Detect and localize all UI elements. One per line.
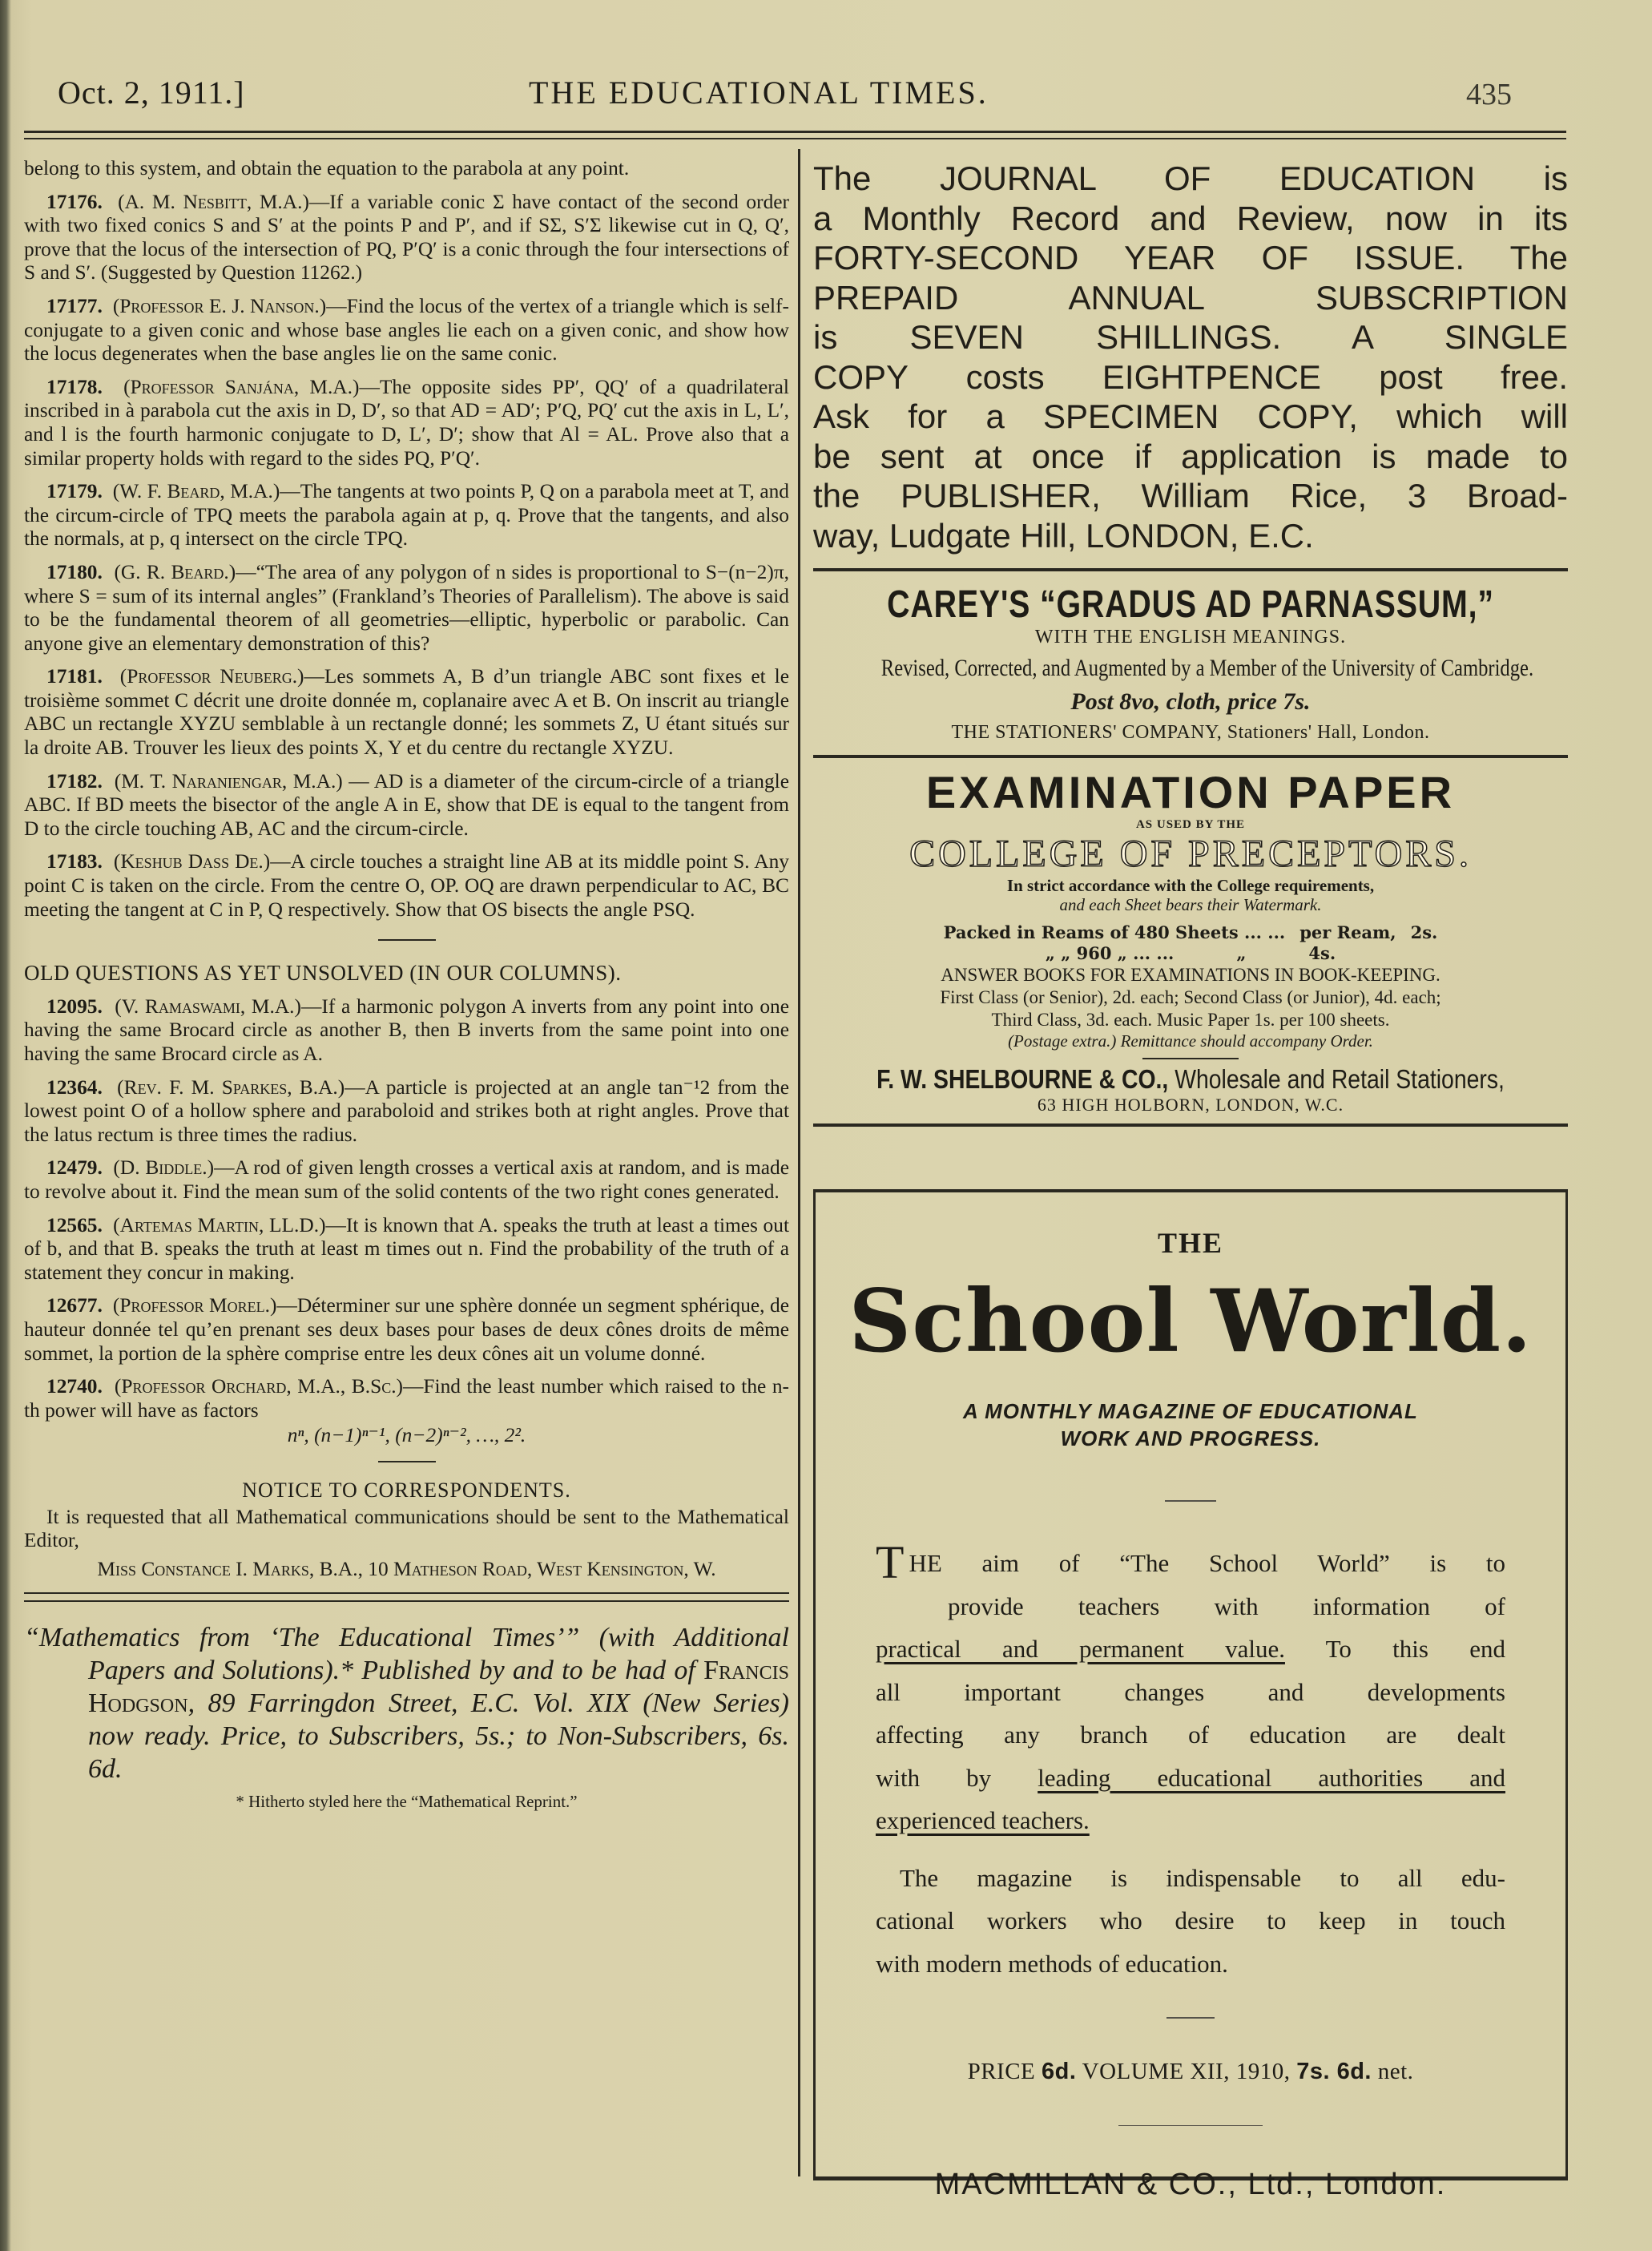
short-divider xyxy=(1118,2125,1263,2126)
ad-title: School World. xyxy=(816,1271,1565,1372)
question-number: 17181. xyxy=(46,665,103,688)
stationer-name: F. W. SHELBOURNE & CO., Wholesale and Re… xyxy=(866,1064,1515,1095)
price-value: 7s. 6d. xyxy=(1296,2059,1372,2084)
ad-separator xyxy=(813,1123,1568,1127)
mathematics-reprint-ad: “Mathematics from ‘The Educational Times… xyxy=(24,1621,789,1785)
question-item: 12677. (Professor Morel.)—Déterminer sur… xyxy=(24,1294,789,1366)
ad-description: Revised, Corrected, and Augmented by a M… xyxy=(881,655,1500,682)
question-author: (W. F. Beard, M.A.) xyxy=(113,480,280,502)
question-author: (V. Ramaswami, M.A.) xyxy=(115,995,301,1018)
body-line: cational workers who desire to keep in t… xyxy=(876,1899,1505,1942)
question-item: 12364. (Rev. F. M. Sparkes, B.A.)—A part… xyxy=(24,1076,789,1148)
question-author: (Professor Neuberg.) xyxy=(120,665,304,688)
mathematics-column: belong to this system, and obtain the eq… xyxy=(24,157,789,1814)
carey-gradus-ad: CAREY'S “GRADUS AD PARNASSUM,” WITH THE … xyxy=(813,583,1568,744)
ad-subtitle: AS USED BY THE xyxy=(813,818,1568,832)
question-item: 17180. (G. R. Beard.)—“The area of any p… xyxy=(24,561,789,656)
price-row: „ „ 960 „ ... ...„4s. xyxy=(813,943,1568,964)
section-divider xyxy=(378,1461,436,1462)
body-line: all important changes and developments xyxy=(876,1671,1505,1714)
ad-line: a Monthly Record and Review, now in its xyxy=(813,199,1568,239)
question-author: (Professor Sanjána, M.A.) xyxy=(123,376,359,398)
ad-the: THE xyxy=(816,1226,1565,1260)
ad-publisher: MACMILLAN & CO., Ltd., London. xyxy=(816,2168,1565,2202)
body-text: provide teachers with information of xyxy=(948,1592,1505,1620)
question-number: 12364. xyxy=(46,1076,103,1099)
ad-line: Ask for a SPECIMEN COPY, which will xyxy=(813,397,1568,437)
ad-line: COPY costs EIGHTPENCE post free. xyxy=(813,357,1568,397)
question-number: 12095. xyxy=(46,995,103,1018)
ad-description: THE aim of “The School World” is to prov… xyxy=(876,1542,1505,1985)
question-author: (Professor E. J. Nanson.) xyxy=(113,295,326,317)
body-line: The magazine is indispensable to all edu… xyxy=(876,1857,1505,1900)
price-unit: per Ream, xyxy=(1299,922,1396,943)
question-number: 12677. xyxy=(46,1294,103,1317)
ad-text: “Mathematics from ‘The Educational Times… xyxy=(24,1623,789,1685)
question-item: 17181. (Professor Neuberg.)—Les sommets … xyxy=(24,665,789,760)
answer-books-heading: ANSWER BOOKS FOR EXAMINATIONS IN BOOK-KE… xyxy=(813,964,1568,986)
price-unit: „ xyxy=(1236,943,1246,964)
price-value: 4s. xyxy=(1308,943,1336,964)
body-line: with by leading educational authorities … xyxy=(876,1757,1505,1800)
question-item: 12479. (D. Biddle.)—A rod of given lengt… xyxy=(24,1156,789,1204)
old-questions-heading: OLD QUESTIONS AS YET UNSOLVED (IN OUR CO… xyxy=(24,962,789,986)
question-number: 12479. xyxy=(46,1156,103,1179)
price-value: 6d. xyxy=(1042,2059,1076,2084)
journal-of-education-ad: The JOURNAL OF EDUCATION is a Monthly Re… xyxy=(813,159,1568,555)
question-number: 17179. xyxy=(46,480,103,502)
ad-subtitle: WITH THE ENGLISH MEANINGS. xyxy=(813,627,1568,648)
question-author: (Professor Orchard, M.A., B.Sc.) xyxy=(115,1375,403,1398)
advertisements-column: The JOURNAL OF EDUCATION is a Monthly Re… xyxy=(813,157,1568,1127)
body-text: HE aim of “The School World” is to xyxy=(909,1549,1505,1577)
notice-heading: NOTICE TO CORRESPONDENTS. xyxy=(24,1478,789,1503)
ad-title: EXAMINATION PAPER xyxy=(813,766,1568,818)
stationer-address: 63 HIGH HOLBORN, LONDON, W.C. xyxy=(813,1095,1568,1115)
publication-title: THE EDUCATIONAL TIMES. xyxy=(529,74,989,111)
ad-line: PREPAID ANNUAL SUBSCRIPTION xyxy=(813,278,1568,318)
ad-text: , 89 Farringdon Street, E.C. Vol. XIX (N… xyxy=(88,1688,789,1784)
examination-paper-ad: EXAMINATION PAPER AS USED BY THE COLLEGE… xyxy=(813,766,1568,1115)
question-item: 17182. (M. T. Naraniengar, M.A.) — AD is… xyxy=(24,770,789,841)
underlined-text: leading educational authorities and xyxy=(1038,1764,1505,1792)
question-author: (G. R. Beard.) xyxy=(114,561,236,583)
price-row: Packed in Reams of 480 Sheets ... ...per… xyxy=(813,922,1568,943)
ad-description: In strict accordance with the College re… xyxy=(813,876,1568,914)
question-item: 17178. (Professor Sanjána, M.A.)—The opp… xyxy=(24,376,789,470)
header-rule-top xyxy=(24,131,1566,133)
price-label: „ „ 960 „ ... ... xyxy=(1046,943,1175,964)
page-number: 435 xyxy=(1466,77,1512,112)
question-number: 17178. xyxy=(46,376,103,398)
ad-separator xyxy=(813,568,1568,571)
page-date: Oct. 2, 1911.] xyxy=(58,74,245,111)
question-number: 17176. xyxy=(46,191,103,213)
price-text: net. xyxy=(1372,2059,1413,2084)
body-line: experienced teachers. xyxy=(876,1799,1505,1842)
body-text: To this end xyxy=(1285,1635,1505,1663)
old-question-list: 12095. (V. Ramaswami, M.A.)—If a harmoni… xyxy=(24,995,789,1423)
price-value: 2s. xyxy=(1411,922,1438,943)
body-line: provide teachers with information of xyxy=(876,1585,1505,1628)
ad-separator xyxy=(813,755,1568,758)
body-line: THE aim of “The School World” is to xyxy=(876,1542,1505,1585)
question-number: 12740. xyxy=(46,1375,103,1398)
body-line: with modern methods of education. xyxy=(876,1942,1505,1986)
notice-text: It is requested that all Mathematical co… xyxy=(24,1506,789,1553)
question-number: 17180. xyxy=(46,561,103,583)
question-number: 17182. xyxy=(46,770,103,793)
short-divider xyxy=(1142,1058,1239,1059)
ad-line: is SEVEN SHILLINGS. A SINGLE xyxy=(813,317,1568,357)
ad-subtitle: A MONTHLY MAGAZINE OF EDUCATIONALWORK AN… xyxy=(816,1398,1565,1452)
ad-publisher: THE STATIONERS' COMPANY, Stationers' Hal… xyxy=(813,722,1568,744)
question-author: (Artemas Martin, LL.D.) xyxy=(113,1214,325,1236)
ad-text: In strict accordance with the College re… xyxy=(1007,876,1374,895)
question-number: 12565. xyxy=(46,1214,103,1236)
underlined-text: experienced teachers. xyxy=(876,1806,1090,1834)
short-divider xyxy=(1166,2017,1215,2019)
header-rule-bottom xyxy=(24,138,1566,139)
question-item: 17177. (Professor E. J. Nanson.)—Find th… xyxy=(24,295,789,366)
notice-address: Miss Constance I. Marks, B.A., 10 Mathes… xyxy=(24,1558,789,1582)
subtitle-line: A MONTHLY MAGAZINE OF EDUCATIONAL xyxy=(963,1399,1418,1423)
section-divider xyxy=(378,939,436,941)
body-line: affecting any branch of education are de… xyxy=(876,1713,1505,1757)
price-text: PRICE xyxy=(968,2059,1042,2084)
underlined-text: practical and permanent value. xyxy=(876,1635,1285,1663)
drop-cap: T xyxy=(876,1547,904,1579)
question-author: (D. Biddle.) xyxy=(113,1156,214,1179)
continuation-text: belong to this system, and obtain the eq… xyxy=(24,157,789,181)
ad-line: The JOURNAL OF EDUCATION is xyxy=(813,159,1568,199)
footnote: * Hitherto styled here the “Mathematical… xyxy=(24,1790,789,1814)
ad-line: way, Ludgate Hill, LONDON, E.C. xyxy=(813,516,1568,556)
ad-line: the PUBLISHER, William Rice, 3 Broad- xyxy=(813,476,1568,516)
stationer-description: Wholesale and Retail Stationers, xyxy=(1168,1064,1505,1094)
class-prices: First Class (or Senior), 2d. each; Secon… xyxy=(813,986,1568,1009)
question-item: 17179. (W. F. Beard, M.A.)—The tangents … xyxy=(24,480,789,551)
question-author: (Rev. F. M. Sparkes, B.A.) xyxy=(117,1076,345,1099)
subtitle-line: WORK AND PROGRESS. xyxy=(1061,1426,1321,1450)
price-label: Packed in Reams of 480 Sheets ... ... xyxy=(944,922,1286,943)
ad-line: be sent at once if application is made t… xyxy=(813,437,1568,477)
question-number: 17177. xyxy=(46,295,103,317)
ad-price: Post 8vo, cloth, price 7s. xyxy=(813,688,1568,716)
ad-line: FORTY-SECOND YEAR OF ISSUE. The xyxy=(813,238,1568,278)
ad-price: PRICE 6d. VOLUME XII, 1910, 7s. 6d. net. xyxy=(816,2059,1565,2085)
price-text: VOLUME XII, 1910, xyxy=(1076,2059,1296,2084)
question-author: (A. M. Nesbitt, M.A.) xyxy=(118,191,309,213)
question-number: 17183. xyxy=(46,850,103,873)
ad-title: CAREY'S “GRADUS AD PARNASSUM,” xyxy=(881,583,1500,627)
question-item: 17176. (A. M. Nesbitt, M.A.)—If a variab… xyxy=(24,191,789,285)
question-item: 12740. (Professor Orchard, M.A., B.Sc.)—… xyxy=(24,1375,789,1422)
short-divider xyxy=(1165,1500,1216,1502)
section-double-rule xyxy=(24,1592,789,1602)
question-item: 17183. (Keshub Dass De.)—A circle touche… xyxy=(24,850,789,922)
ad-college-name: COLLEGE OF PRECEPTORS. xyxy=(813,832,1568,876)
question-author: (Keshub Dass De.) xyxy=(114,850,270,873)
question-author: (M. T. Naraniengar, M.A.) xyxy=(115,770,343,793)
postage-note: (Postage extra.) Remittance should accom… xyxy=(813,1031,1568,1051)
question-item: 12095. (V. Ramaswami, M.A.)—If a harmoni… xyxy=(24,995,789,1067)
factors-formula: nⁿ, (n−1)ⁿ⁻¹, (n−2)ⁿ⁻², …, 2². xyxy=(24,1424,789,1448)
stationer-title: F. W. SHELBOURNE & CO., xyxy=(876,1064,1168,1094)
body-text: with by xyxy=(876,1764,1038,1792)
question-list: 17176. (A. M. Nesbitt, M.A.)—If a variab… xyxy=(24,191,789,922)
body-line: practical and permanent value. To this e… xyxy=(876,1628,1505,1671)
ad-text: and each Sheet bears their Watermark. xyxy=(1060,895,1322,914)
school-world-ad: THE School World. A MONTHLY MAGAZINE OF … xyxy=(813,1189,1568,2180)
column-divider xyxy=(798,149,800,2176)
question-author: (Professor Morel.) xyxy=(113,1294,277,1317)
question-item: 12565. (Artemas Martin, LL.D.)—It is kno… xyxy=(24,1214,789,1285)
class-prices: Third Class, 3d. each. Music Paper 1s. p… xyxy=(813,1009,1568,1031)
